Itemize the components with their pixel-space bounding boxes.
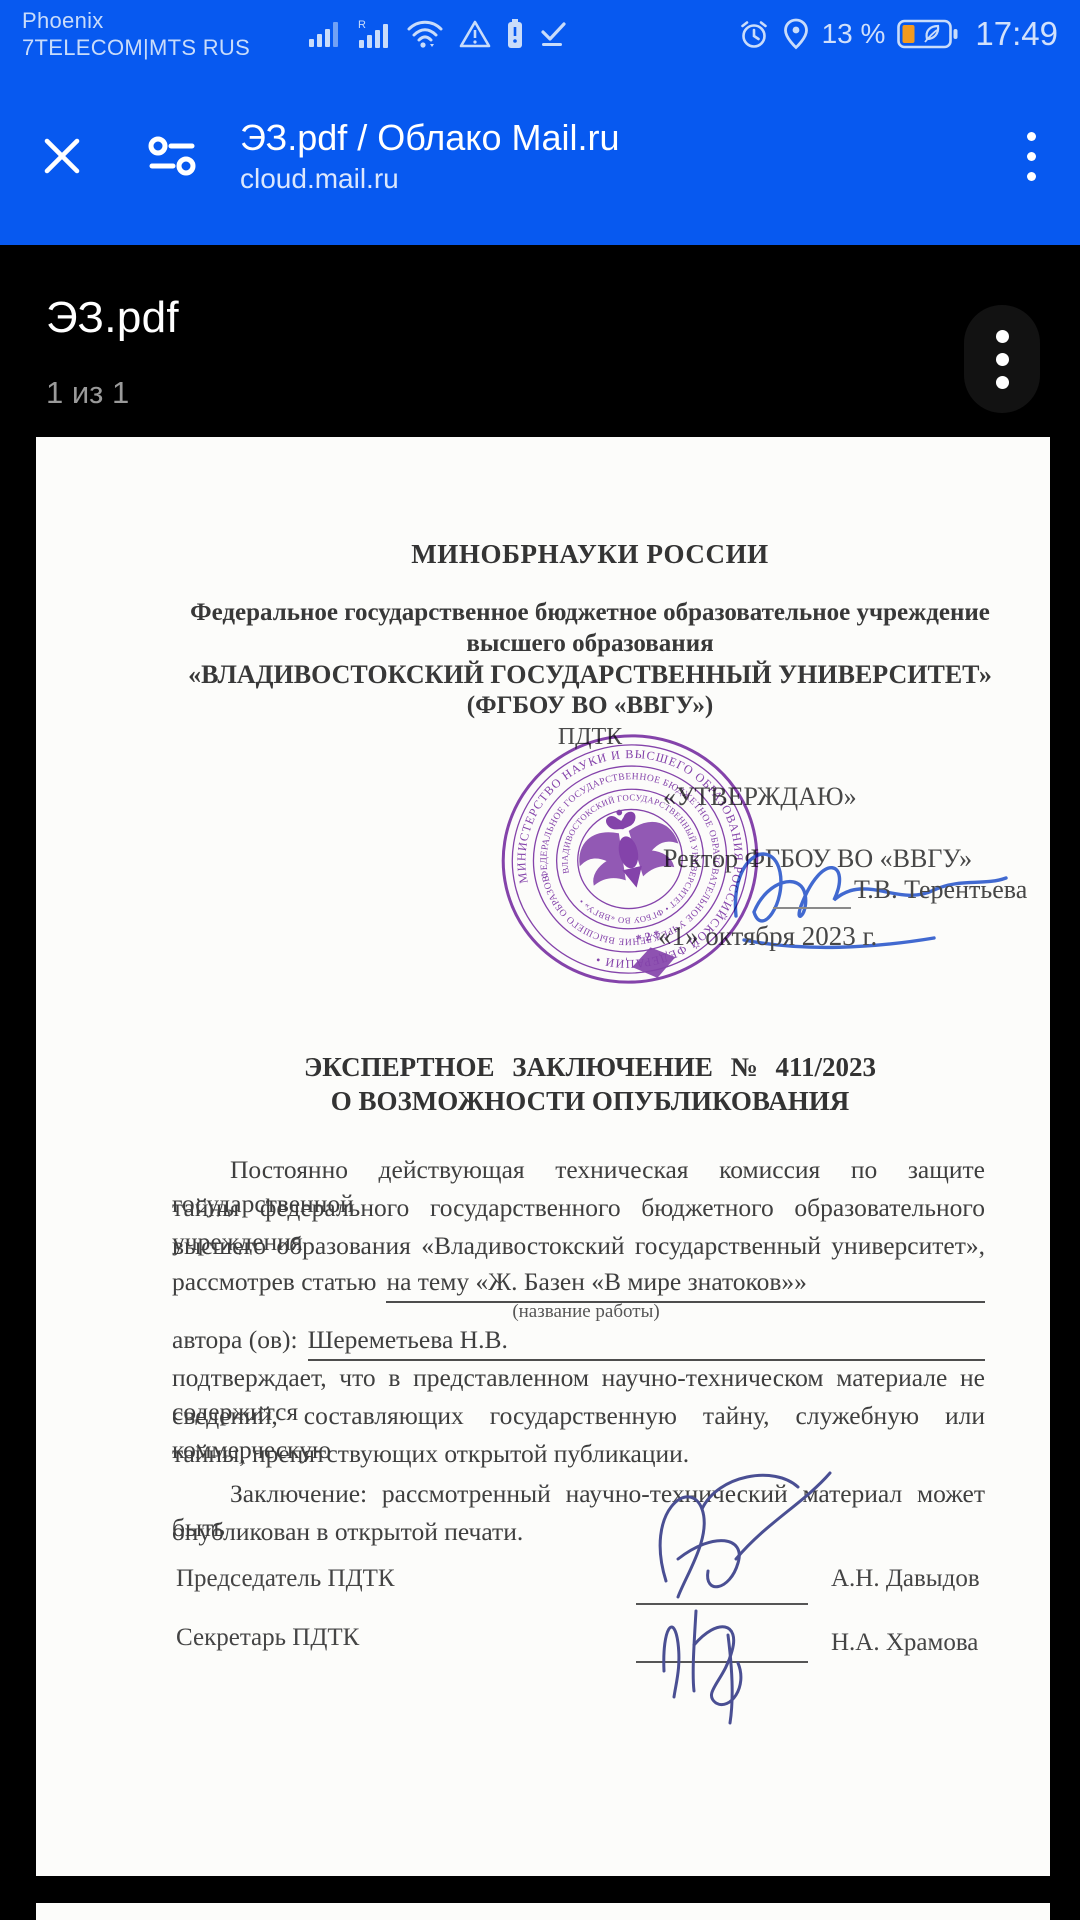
status-icons-left: R [308,18,568,50]
next-page-sliver [36,1903,1050,1920]
download-done-icon [538,19,568,49]
pdf-page[interactable]: МИНОБРНАУКИ РОССИИ Федеральное государст… [36,437,1050,1876]
pdf-filename: ЭЗ.pdf [46,293,179,343]
document-title-line1: ЭКСПЕРТНОЕ ЗАКЛЮЧЕНИЕ № 411/2023 [130,1050,1050,1084]
signatory-name-secretary: Н.А. Храмова [831,1629,978,1657]
signatory-role-chairman: Председатель ПДТК [176,1565,395,1593]
rector-name: Т.В. Терентьева [854,875,1027,905]
signatory-name-chairman: А.Н. Давыдов [831,1565,980,1593]
carrier-name: Phoenix [22,7,250,34]
org-name-line1: Федеральное государственное бюджетное об… [130,597,1050,628]
paragraph1-line3: высшего образования «Владивостокский гос… [172,1229,985,1263]
stamp-bottom-mark: * 2 * [635,927,662,946]
close-icon[interactable] [36,130,88,182]
top-chrome: Phoenix 7TELECOM|MTS RUS R [0,0,1080,245]
page-title: ЭЗ.pdf / Облако Mail.ru [240,118,620,158]
cell-signal-roaming-icon: R [356,18,392,50]
alarm-icon [738,18,770,50]
battery-saver-icon [897,17,959,51]
author-name-underlined: Шереметьева Н.В. [308,1323,985,1361]
warning-icon [458,19,492,49]
phone-screen: Phoenix 7TELECOM|MTS RUS R [0,0,1080,1920]
battery-percent-label: 13 % [822,18,886,50]
pdf-viewer-toolbar: ЭЗ.pdf 1 из 1 [0,245,1080,437]
pdf-options-menu-icon[interactable] [964,305,1040,413]
svg-text:R: R [358,19,366,31]
tune-icon[interactable] [146,134,198,178]
author-label: автора (ов): [172,1323,298,1361]
carrier-block: Phoenix 7TELECOM|MTS RUS [22,7,250,61]
page-url: cloud.mail.ru [240,164,620,194]
org-name-line2: высшего образования [130,628,1050,659]
location-icon [782,18,810,50]
signature-line [773,907,851,909]
paragraph1-line4-prefix: рассмотрев статью [172,1265,376,1303]
cell-signal-icon [308,19,342,49]
paragraph2-line3: тайны, препятствующих открытой публикаци… [172,1437,985,1471]
carrier-network: 7TELECOM|MTS RUS [22,34,250,61]
paragraph1-line4: рассмотрев статью на тему «Ж. Базен «В м… [172,1265,985,1303]
org-name-line3: «ВЛАДИВОСТОКСКИЙ ГОСУДАРСТВЕННЫЙ УНИВЕРС… [130,659,1050,690]
overflow-menu-icon[interactable] [1019,124,1044,189]
wifi-icon [406,19,444,49]
secretary-signature [632,1575,814,1727]
custom-tab-header: ЭЗ.pdf / Облако Mail.ru cloud.mail.ru [0,67,1080,245]
page-title-block: ЭЗ.pdf / Облако Mail.ru cloud.mail.ru [240,118,620,194]
signatory-role-secretary: Секретарь ПДТК [176,1624,359,1652]
ministry-heading: МИНОБРНАУКИ РОССИИ [130,539,1050,570]
document-header: МИНОБРНАУКИ РОССИИ Федеральное государст… [130,539,1050,753]
status-icons-right: 13 % 17:49 [738,15,1058,53]
battery-alert-icon [506,18,524,50]
page-indicator: 1 из 1 [46,375,129,411]
clock-label: 17:49 [975,15,1058,53]
work-title-caption: (название работы) [336,1301,836,1323]
org-name-line4: (ФГБОУ ВО «ВВГУ») [130,690,1050,721]
work-title-underlined: на тему «Ж. Базен «В мире знатоков»» [386,1265,985,1303]
document-title: ЭКСПЕРТНОЕ ЗАКЛЮЧЕНИЕ № 411/2023 О ВОЗМО… [130,1050,1050,1118]
document-title-line2: О ВОЗМОЖНОСТИ ОПУБЛИКОВАНИЯ [331,1086,849,1116]
author-line: автора (ов): Шереметьева Н.В. [172,1323,985,1361]
status-bar: Phoenix 7TELECOM|MTS RUS R [0,0,1080,67]
conclusion-line2: опубликован в открытой печати. [172,1515,985,1549]
